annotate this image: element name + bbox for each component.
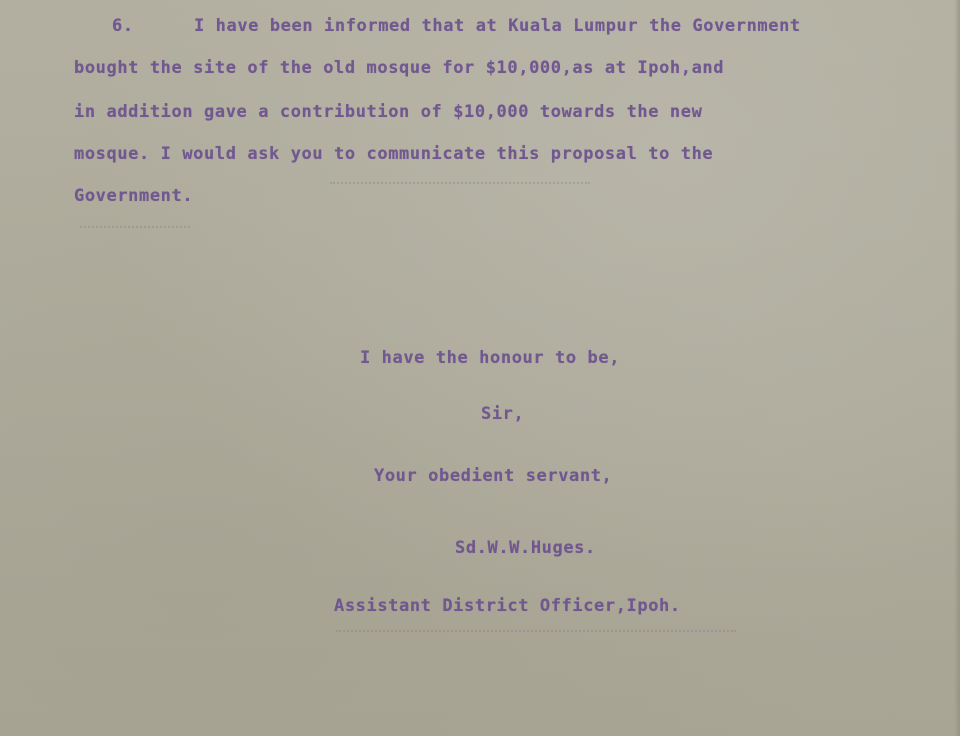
- paper-edge-shadow: [954, 0, 960, 736]
- offset-ink-trace: [80, 226, 190, 229]
- paragraph-line-5: Government.: [74, 186, 193, 206]
- offset-ink-trace: [330, 182, 590, 185]
- paragraph-line-1: I have been informed that at Kuala Lumpu…: [194, 16, 801, 36]
- paragraph-line-2: bought the site of the old mosque for $1…: [74, 58, 724, 78]
- signatory-title: Assistant District Officer,Ipoh.: [334, 596, 681, 616]
- offset-ink-trace: [336, 630, 736, 633]
- paragraph-number: 6.: [112, 16, 134, 36]
- closing-address: Sir,: [481, 404, 524, 424]
- paragraph-line-4: mosque. I would ask you to communicate t…: [74, 144, 713, 164]
- paragraph-line-3: in addition gave a contribution of $10,0…: [74, 102, 702, 122]
- closing-salutation: I have the honour to be,: [360, 348, 620, 368]
- closing-complimentary: Your obedient servant,: [374, 466, 612, 486]
- signature: Sd.W.W.Huges.: [455, 538, 596, 558]
